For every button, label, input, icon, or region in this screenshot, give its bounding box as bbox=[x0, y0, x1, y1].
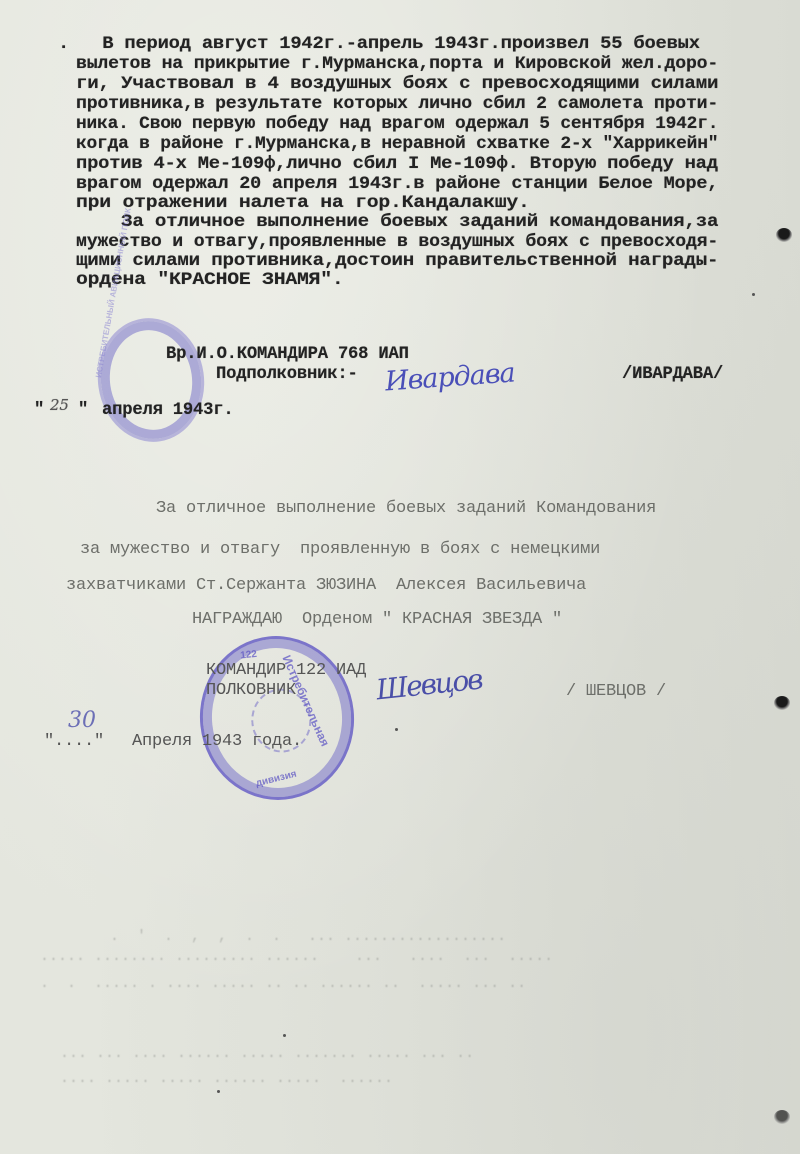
regiment-stamp: ИСТРЕБИТЕЛЬНЫЙ АВИАЦИОННЫЙ ПОЛК bbox=[90, 311, 212, 449]
punch-hole-icon bbox=[774, 1110, 790, 1124]
paper-speck bbox=[395, 728, 398, 731]
division-commander-title: КОМАНДИР 122 ИАД bbox=[206, 662, 366, 679]
narrative-line: вылетов на прикрытие г.Мурманска,порта и… bbox=[76, 56, 718, 73]
paper-speck bbox=[217, 1090, 220, 1093]
decision-line: За отличное выполнение боевых заданий Ко… bbox=[156, 500, 656, 517]
narrative-line: ника. Свою первую победу над врагом одер… bbox=[76, 116, 718, 133]
commander-title: Вр.И.О.КОМАНДИРА 768 ИАП bbox=[166, 346, 409, 363]
narrative-line: мужество и отвагу,проявленные в воздушны… bbox=[76, 234, 718, 251]
paper-speck bbox=[752, 293, 755, 296]
division-commander-signature: Шевцов bbox=[375, 663, 483, 707]
commander-name: /ИВАРДАВА/ bbox=[622, 366, 723, 383]
date-placeholder: "...." bbox=[44, 733, 104, 750]
paper-speck bbox=[283, 1034, 286, 1037]
narrative-line: против 4-х Ме-109ф,лично сбил I Ме-109ф.… bbox=[76, 156, 718, 173]
narrative-line: при отражении налета на гор.Кандалакшу. bbox=[76, 195, 530, 212]
handwritten-day: 30 bbox=[68, 708, 96, 733]
narrative-line: . В период август 1942г.-апрель 1943г.пр… bbox=[58, 36, 700, 53]
narrative-line: За отличное выполнение боевых заданий ко… bbox=[76, 214, 718, 231]
date-quote-open: " bbox=[34, 402, 44, 419]
narrative-line: щими силами противника,достоин правитель… bbox=[76, 253, 718, 270]
bleed-through-text: . ' . , , . . ... .................. bbox=[110, 928, 506, 945]
punch-hole-icon bbox=[776, 228, 792, 242]
bleed-through-text: .... ..... ..... ...... ..... ...... bbox=[60, 1070, 393, 1087]
punch-hole-icon bbox=[774, 696, 790, 710]
narrative-line: противника,в результате которых лично сб… bbox=[76, 96, 718, 113]
date-month-year: Апреля 1943 года. bbox=[132, 733, 302, 750]
bleed-through-text: . . ..... . .... ..... .. .. ...... .. .… bbox=[40, 975, 526, 992]
bleed-through-text: ..... ........ ......... ...... ... ....… bbox=[40, 948, 553, 965]
document-page: . В период август 1942г.-апрель 1943г.пр… bbox=[0, 0, 800, 1154]
stamp-text-bottom: дивизия bbox=[255, 769, 298, 790]
division-stamp: 122 Истребительная дивизия bbox=[192, 628, 362, 807]
decision-line: захватчиками Ст.Сержанта ЗЮЗИНА Алексея … bbox=[66, 577, 586, 594]
decision-line: за мужество и отвагу проявленную в боях … bbox=[80, 541, 600, 558]
narrative-line: когда в районе г.Мурманска,в неравной сх… bbox=[76, 136, 718, 153]
bleed-through-text: ... ... .... ...... ..... ....... ..... … bbox=[60, 1045, 474, 1062]
commander-rank: Подполковник:- bbox=[216, 366, 358, 383]
narrative-line: ги, Участвовал в 4 воздушных боях с прев… bbox=[76, 76, 718, 93]
date-day: 25 bbox=[50, 398, 69, 413]
narrative-line: врагом одержал 20 апреля 1943г.в районе … bbox=[76, 176, 718, 193]
decision-line: НАГРАЖДАЮ Орденом " КРАСНАЯ ЗВЕЗДА " bbox=[192, 611, 562, 628]
stamp-number: 122 bbox=[240, 649, 258, 662]
date-quote-close: " bbox=[78, 402, 88, 419]
division-commander-rank: ПОЛКОВНИК bbox=[206, 682, 296, 699]
date-month-year: апреля 1943г. bbox=[102, 402, 233, 419]
division-commander-name: / ШЕВЦОВ / bbox=[566, 683, 666, 700]
